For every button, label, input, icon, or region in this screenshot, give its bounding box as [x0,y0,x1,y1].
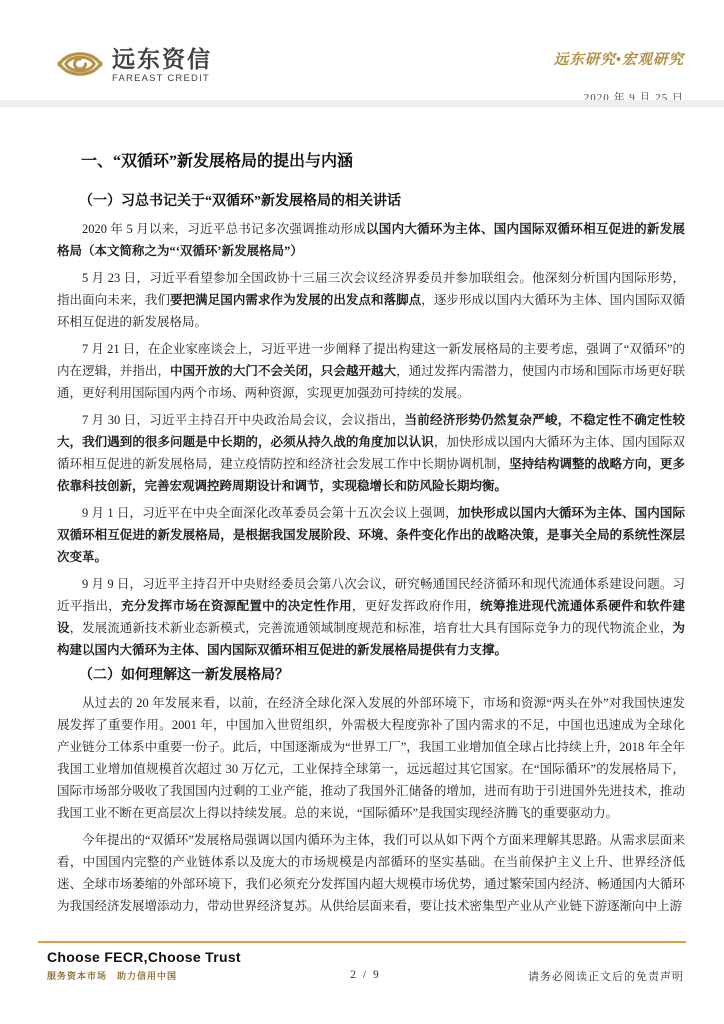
paragraph-5: 9 月 1 日，习近平在中央全面深化改革委员会第十五次会议上强调，加快形成以国内… [57,502,685,568]
paragraph-8: 今年提出的“双循环”发展格局强调以国内循环为主体，我们可以从如下两个方面来理解其… [57,829,685,917]
header-right-block: 远东研究•宏观研究 2020 年 9 月 25 日 [554,48,684,105]
research-series-label: 远东研究•宏观研究 [554,48,684,69]
paragraph-7: 从过去的 20 年发展来看，以前，在经济全球化深入发展的外部环境下，市场和资源“… [57,692,685,824]
logo-name-cn: 远东资信 [112,47,212,71]
paragraph-6: 9 月 9 日，习近平主持召开中央财经委员会第八次会议，研究畅通国民经济循环和现… [57,573,685,661]
paragraph-1: 2020 年 5 月以来，习近平总书记多次强调推动形成以国内大循环为主体、国内国… [57,218,685,262]
subsection-2-title: （二）如何理解这一新发展格局？ [79,666,685,686]
paragraph-3: 7 月 21 日，在企业家座谈会上，习近平进一步阐释了提出构建这一新发展格局的主… [57,338,685,404]
header-divider [0,100,724,107]
footer-slogan-en: Choose FECR,Choose Trust [47,949,684,965]
fareast-credit-logo: 远东资信 FAREAST CREDIT [57,44,212,86]
page-header: 远东资信 FAREAST CREDIT 远东研究•宏观研究 2020 年 9 月… [0,0,724,100]
section-title: 一、“双循环”新发展格局的提出与内涵 [81,150,685,174]
footer-disclaimer: 请务必阅读正文后的免责声明 [528,968,684,984]
paragraph-2: 5 月 23 日，习近平看望参加全国政协十三届三次会议经济界委员并参加联组会。他… [57,267,685,333]
footer-divider-line [38,941,686,943]
paragraph-4: 7 月 30 日，习近平主持召开中央政治局会议，会议指出，当前经济形势仍然复杂严… [57,409,685,497]
logo-name-en: FAREAST CREDIT [112,73,212,84]
page-footer: Choose FECR,Choose Trust 服务资本市场 助力信用中国 2… [47,949,684,999]
fareast-logo-eye-icon [57,44,103,86]
logo-text-block: 远东资信 FAREAST CREDIT [112,47,212,84]
subsection-1-title: （一）习总书记关于“双循环”新发展格局的相关讲话 [79,192,685,212]
report-body: 一、“双循环”新发展格局的提出与内涵 （一）习总书记关于“双循环”新发展格局的相… [57,150,685,922]
